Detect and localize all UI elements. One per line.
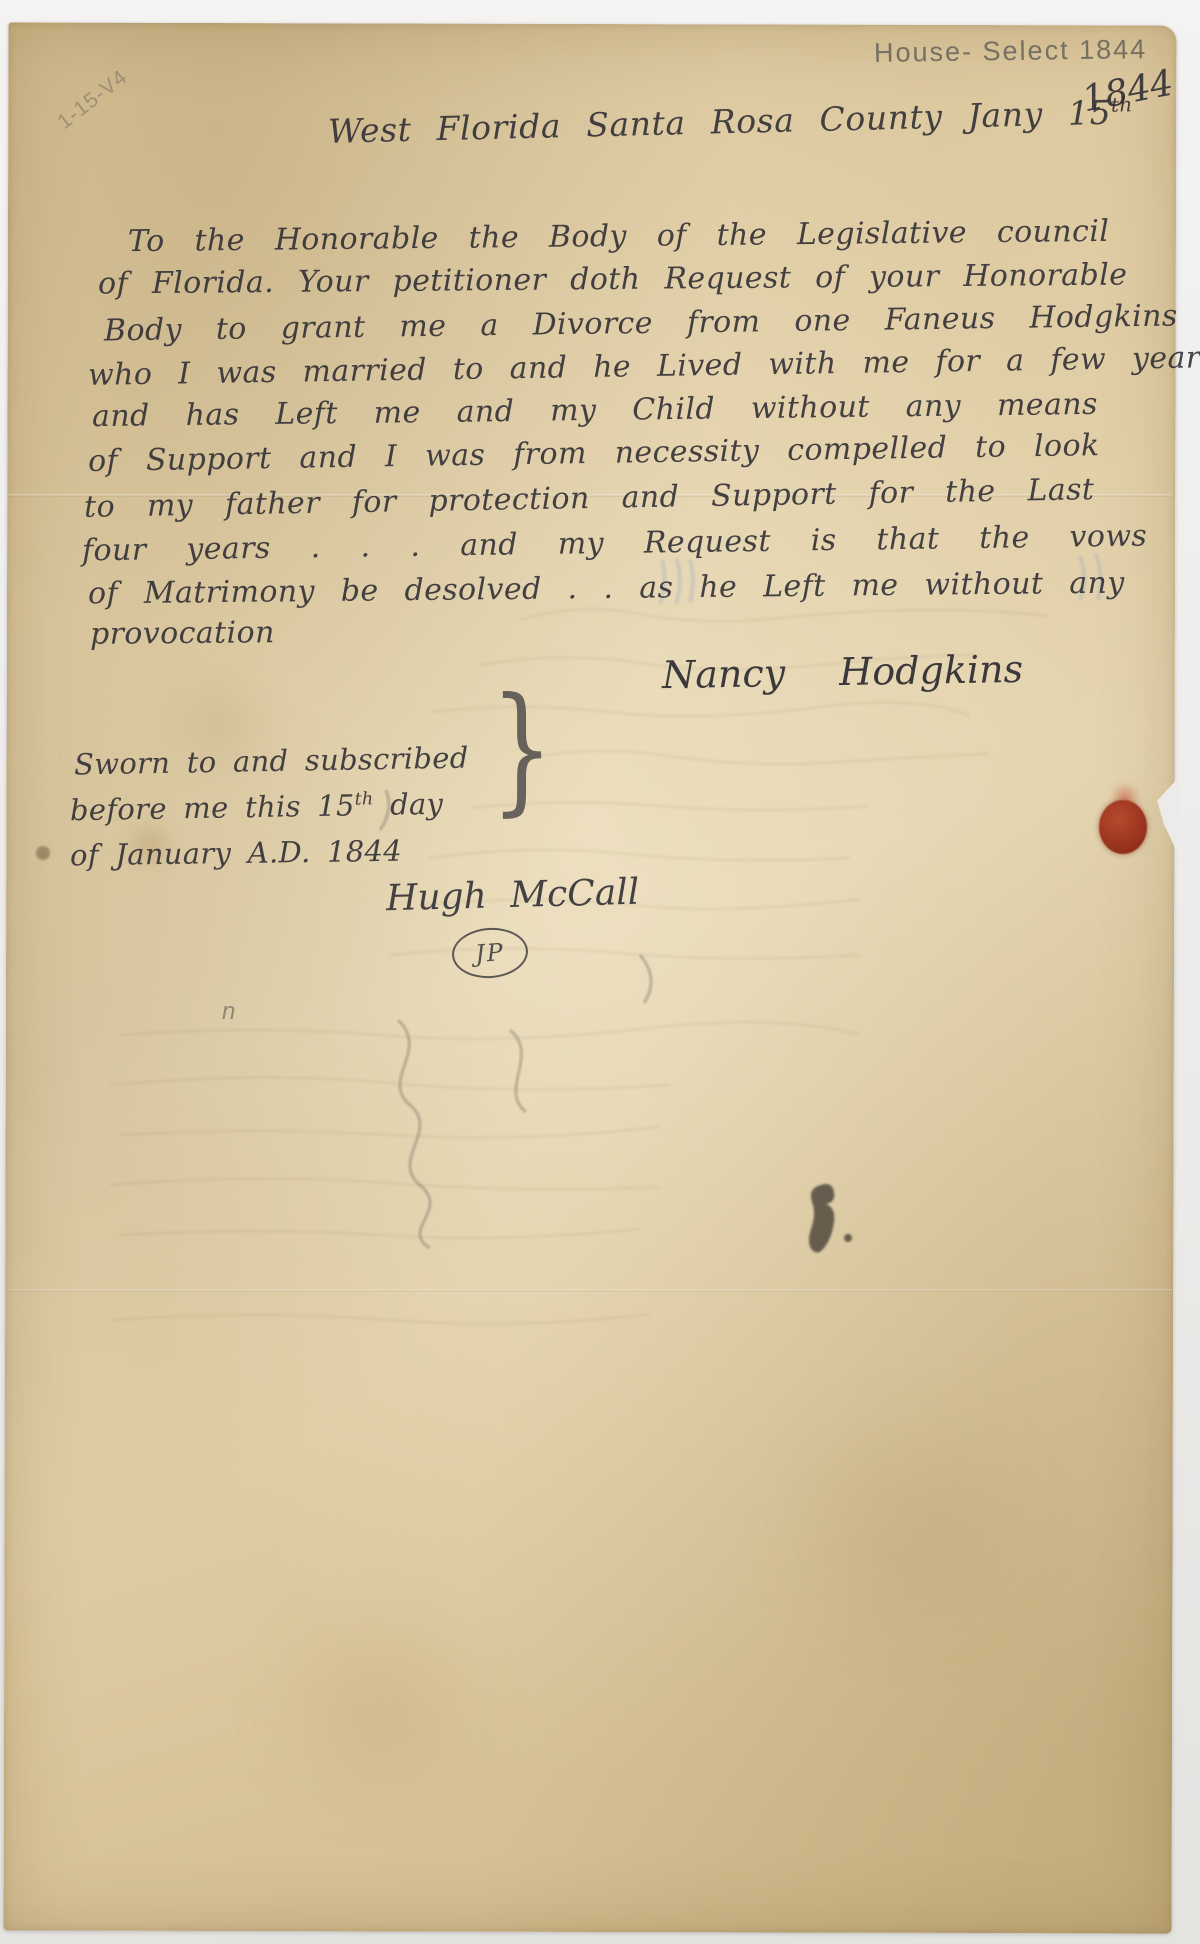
petition-line: provocation — [90, 616, 275, 651]
dateline-text: West Florida Santa Rosa County Jany 15 — [328, 93, 1112, 151]
attestation-line2-suffix: day — [373, 787, 443, 822]
justice-seal-oval: JP — [450, 925, 529, 980]
justice-seal-initials: JP — [474, 938, 506, 968]
scanned-document-page: House- Select 1844 1844 1-15-V4 West Flo… — [0, 0, 1200, 1944]
petition-line: four years . . . and my Request is that … — [82, 520, 1148, 568]
petition-line: to my father for protection and Support … — [84, 473, 1095, 524]
attestation-line: of January A.D. 1844 — [70, 836, 402, 873]
stray-mark: n — [222, 998, 235, 1026]
attestation-line2-prefix: before me this 15 — [70, 788, 355, 827]
petition-line: To the Honorable the Body of the Legisla… — [128, 215, 1110, 258]
petition-line: of Florida. Your petitioner doth Request… — [98, 259, 1128, 301]
dateline: West Florida Santa Rosa County Jany 15th — [328, 94, 1134, 150]
dateline-ordinal: th — [1111, 93, 1133, 117]
petition-line: and has Left me and my Child without any… — [92, 388, 1098, 433]
petition-line: Body to grant me a Divorce from one Fane… — [104, 300, 1178, 348]
brace-mark: } — [490, 668, 553, 830]
petition-line: of Matrimony be desolved . . as he Left … — [88, 567, 1125, 611]
archive-label: House- Select 1844 — [874, 34, 1148, 69]
handwriting-layer: House- Select 1844 1844 1-15-V4 West Flo… — [0, 0, 1200, 1944]
attestation-line2-ordinal: th — [354, 789, 373, 809]
corner-code: 1-15-V4 — [53, 65, 132, 134]
petition-line: of Support and I was from necessity comp… — [88, 429, 1100, 478]
petitioner-signature: Nancy Hodgkins — [662, 649, 1024, 697]
attestation-line: Sworn to and subscribed — [74, 743, 469, 782]
petition-line: who I was married to and he Lived with m… — [88, 341, 1200, 392]
officer-signature: Hugh McCall — [386, 873, 640, 919]
attestation-line: before me this 15th day — [70, 789, 444, 827]
